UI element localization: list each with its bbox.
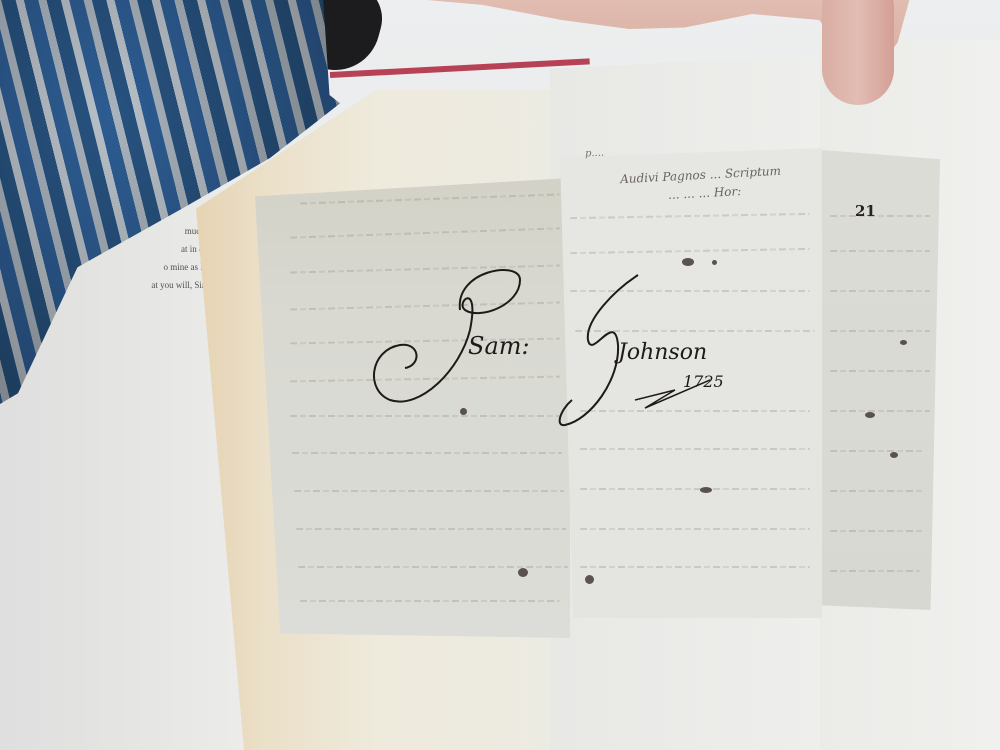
handwriting-line: [580, 566, 810, 568]
ink-blot: [585, 575, 594, 584]
handwriting-line: [830, 370, 930, 372]
handwriting-line: [294, 490, 564, 492]
ink-blot: [900, 340, 907, 345]
handwriting-line: [830, 330, 930, 332]
handwriting-line: [298, 566, 568, 568]
signature-year: 1725: [683, 372, 724, 391]
signature-flourish-icon: [360, 250, 780, 450]
handwriting-line: [292, 452, 562, 454]
handwriting-line: [830, 530, 925, 532]
signature-first-name: Sam:: [468, 332, 530, 360]
ink-blot: [890, 452, 898, 458]
handwriting-line: [296, 528, 566, 530]
signature-last-name: Johnson: [618, 340, 707, 365]
thumb: [822, 0, 894, 105]
handwriting-line: [580, 528, 810, 530]
handwriting-line: [830, 450, 925, 452]
handwriting-line: [830, 250, 930, 252]
handwriting-line: [830, 410, 930, 412]
ink-blot: [700, 487, 712, 493]
facsimile-plate-right: [822, 150, 940, 610]
handwriting-line: [830, 490, 925, 492]
handwriting-line: [830, 570, 920, 572]
handwriting-line: [830, 290, 930, 292]
ink-blot: [865, 412, 875, 418]
handwriting-line: [580, 488, 810, 490]
ink-blot: [518, 568, 528, 577]
annotation-top: p....: [585, 148, 604, 160]
handwriting-line: [300, 600, 560, 602]
photo-scene: much the at in order o mine as I can at …: [0, 0, 1000, 750]
page-number: 21: [855, 202, 876, 220]
handwriting-line: [830, 215, 930, 217]
